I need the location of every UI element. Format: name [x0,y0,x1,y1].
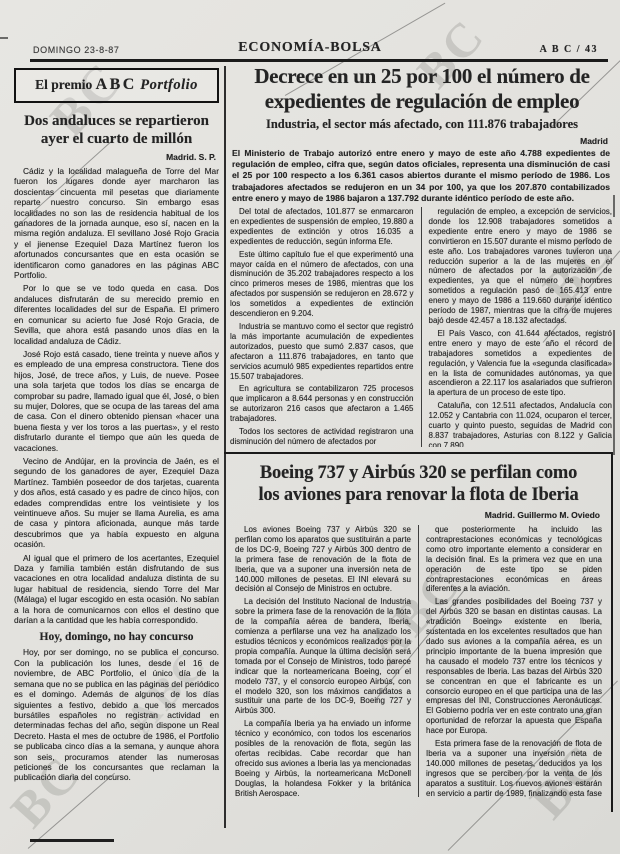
article-paragraph: Las grandes posibilidades del Boeing 737… [426,597,602,736]
article-paragraph: Los aviones Boeing 737 y Airbús 320 se p… [235,525,411,594]
column-divider [421,207,422,447]
newspaper-page: BC BC BC ABC BC BC ABC DOMINGO 23-8-87 E… [0,0,620,854]
article-paragraph: En agricultura se contabilizaron 725 pro… [230,384,414,424]
main-column-left: Del total de afectados, 101.877 se enmar… [230,207,414,447]
article-paragraph: Este último capítulo fue el que experime… [230,250,414,319]
main-dateline: Madrid [232,136,608,146]
article-paragraph: Al igual que el primero de los acertante… [14,553,219,626]
article-paragraph: regulación de empleo, a excepción de ser… [429,207,613,326]
iberia-article-columns: Los aviones Boeing 737 y Airbús 320 se p… [235,525,602,797]
iberia-column-left: Los aviones Boeing 737 y Airbús 320 se p… [235,525,411,797]
page-edge-mark [0,37,8,39]
main-column-right: regulación de empleo, a excepción de ser… [429,207,613,447]
premio-box-prefix: El premio [35,77,92,92]
main-headline: Decrece en un 25 por 100 el número de ex… [232,64,612,114]
article-paragraph: Industria se mantuvo como el sector que … [230,322,414,381]
main-headline-line1: Decrece en un 25 por 100 el número de [232,64,612,89]
header-rule [30,59,608,62]
abc-logo: ABC [96,76,137,93]
article-paragraph: Cataluña, con 12.511 afectados, Andalucí… [429,401,613,447]
iberia-column-right: que posteriormente ha incluido las contr… [426,525,602,797]
article-paragraph: Esta primera fase de la renovación de fl… [426,739,602,797]
article-paragraph: La decisión del Instituto Nacional de In… [235,597,411,716]
premio-box-title: El premio ABC Portfolio [14,68,219,103]
article-paragraph: Cádiz y la localidad malagueña de Torre … [14,166,219,280]
main-lead-paragraph: El Ministerio de Trabajo autorizó entre … [232,148,610,204]
article-paragraph: El País Vasco, con 41.644 afectados, reg… [429,329,613,398]
page-edge-mark [613,195,615,217]
article-paragraph: Por lo que se ve todo queda en casa. Dos… [14,283,219,345]
bottom-rule-mark [30,839,114,842]
main-article-columns: Del total de afectados, 101.877 se enmar… [230,207,612,447]
page-number: A B C / 43 [540,44,598,55]
article-paragraph: que posteriormente ha incluido las contr… [426,525,602,594]
main-headline-line2: expedientes de regulación de empleo [232,89,612,114]
portfolio-logo: Portfolio [140,77,198,93]
article-paragraph: La compañía Iberia ya ha enviado un info… [235,719,411,797]
premio-headline: Dos andaluces se repartieron ayer el cua… [16,113,217,148]
iberia-article-box: Boeing 737 y Airbús 320 se perfilan como… [224,452,613,812]
column-divider [418,525,419,797]
article-paragraph: Todos los sectores de actividad registra… [230,427,414,447]
iberia-headline-line1: Boeing 737 y Airbús 320 se perfilan como [235,462,602,484]
iberia-byline: Madrid. Guillermo M. Oviedo [237,510,600,520]
iberia-headline: Boeing 737 y Airbús 320 se perfilan como… [235,462,602,506]
page-edge-mark [613,330,615,455]
iberia-headline-line2: los aviones para renovar la flota de Ibe… [235,484,602,506]
article-paragraph: Vecino de Andújar, en la provincia de Ja… [14,456,219,550]
main-subhead: Industria, el sector más afectado, con 1… [232,117,612,132]
article-paragraph: Del total de afectados, 101.877 se enmar… [230,207,414,247]
article-paragraph: José Rojo está casado, tiene treinta y n… [14,349,219,453]
article-paragraph: Hoy, por ser domingo, no se publica el c… [14,647,219,782]
premio-subhead: Hoy, domingo, no hay concurso [14,631,219,643]
premio-article: El premio ABC Portfolio Dos andaluces se… [14,68,219,832]
premio-byline: Madrid. S. P. [17,152,216,162]
section-title: ECONOMÍA-BOLSA [0,40,620,56]
